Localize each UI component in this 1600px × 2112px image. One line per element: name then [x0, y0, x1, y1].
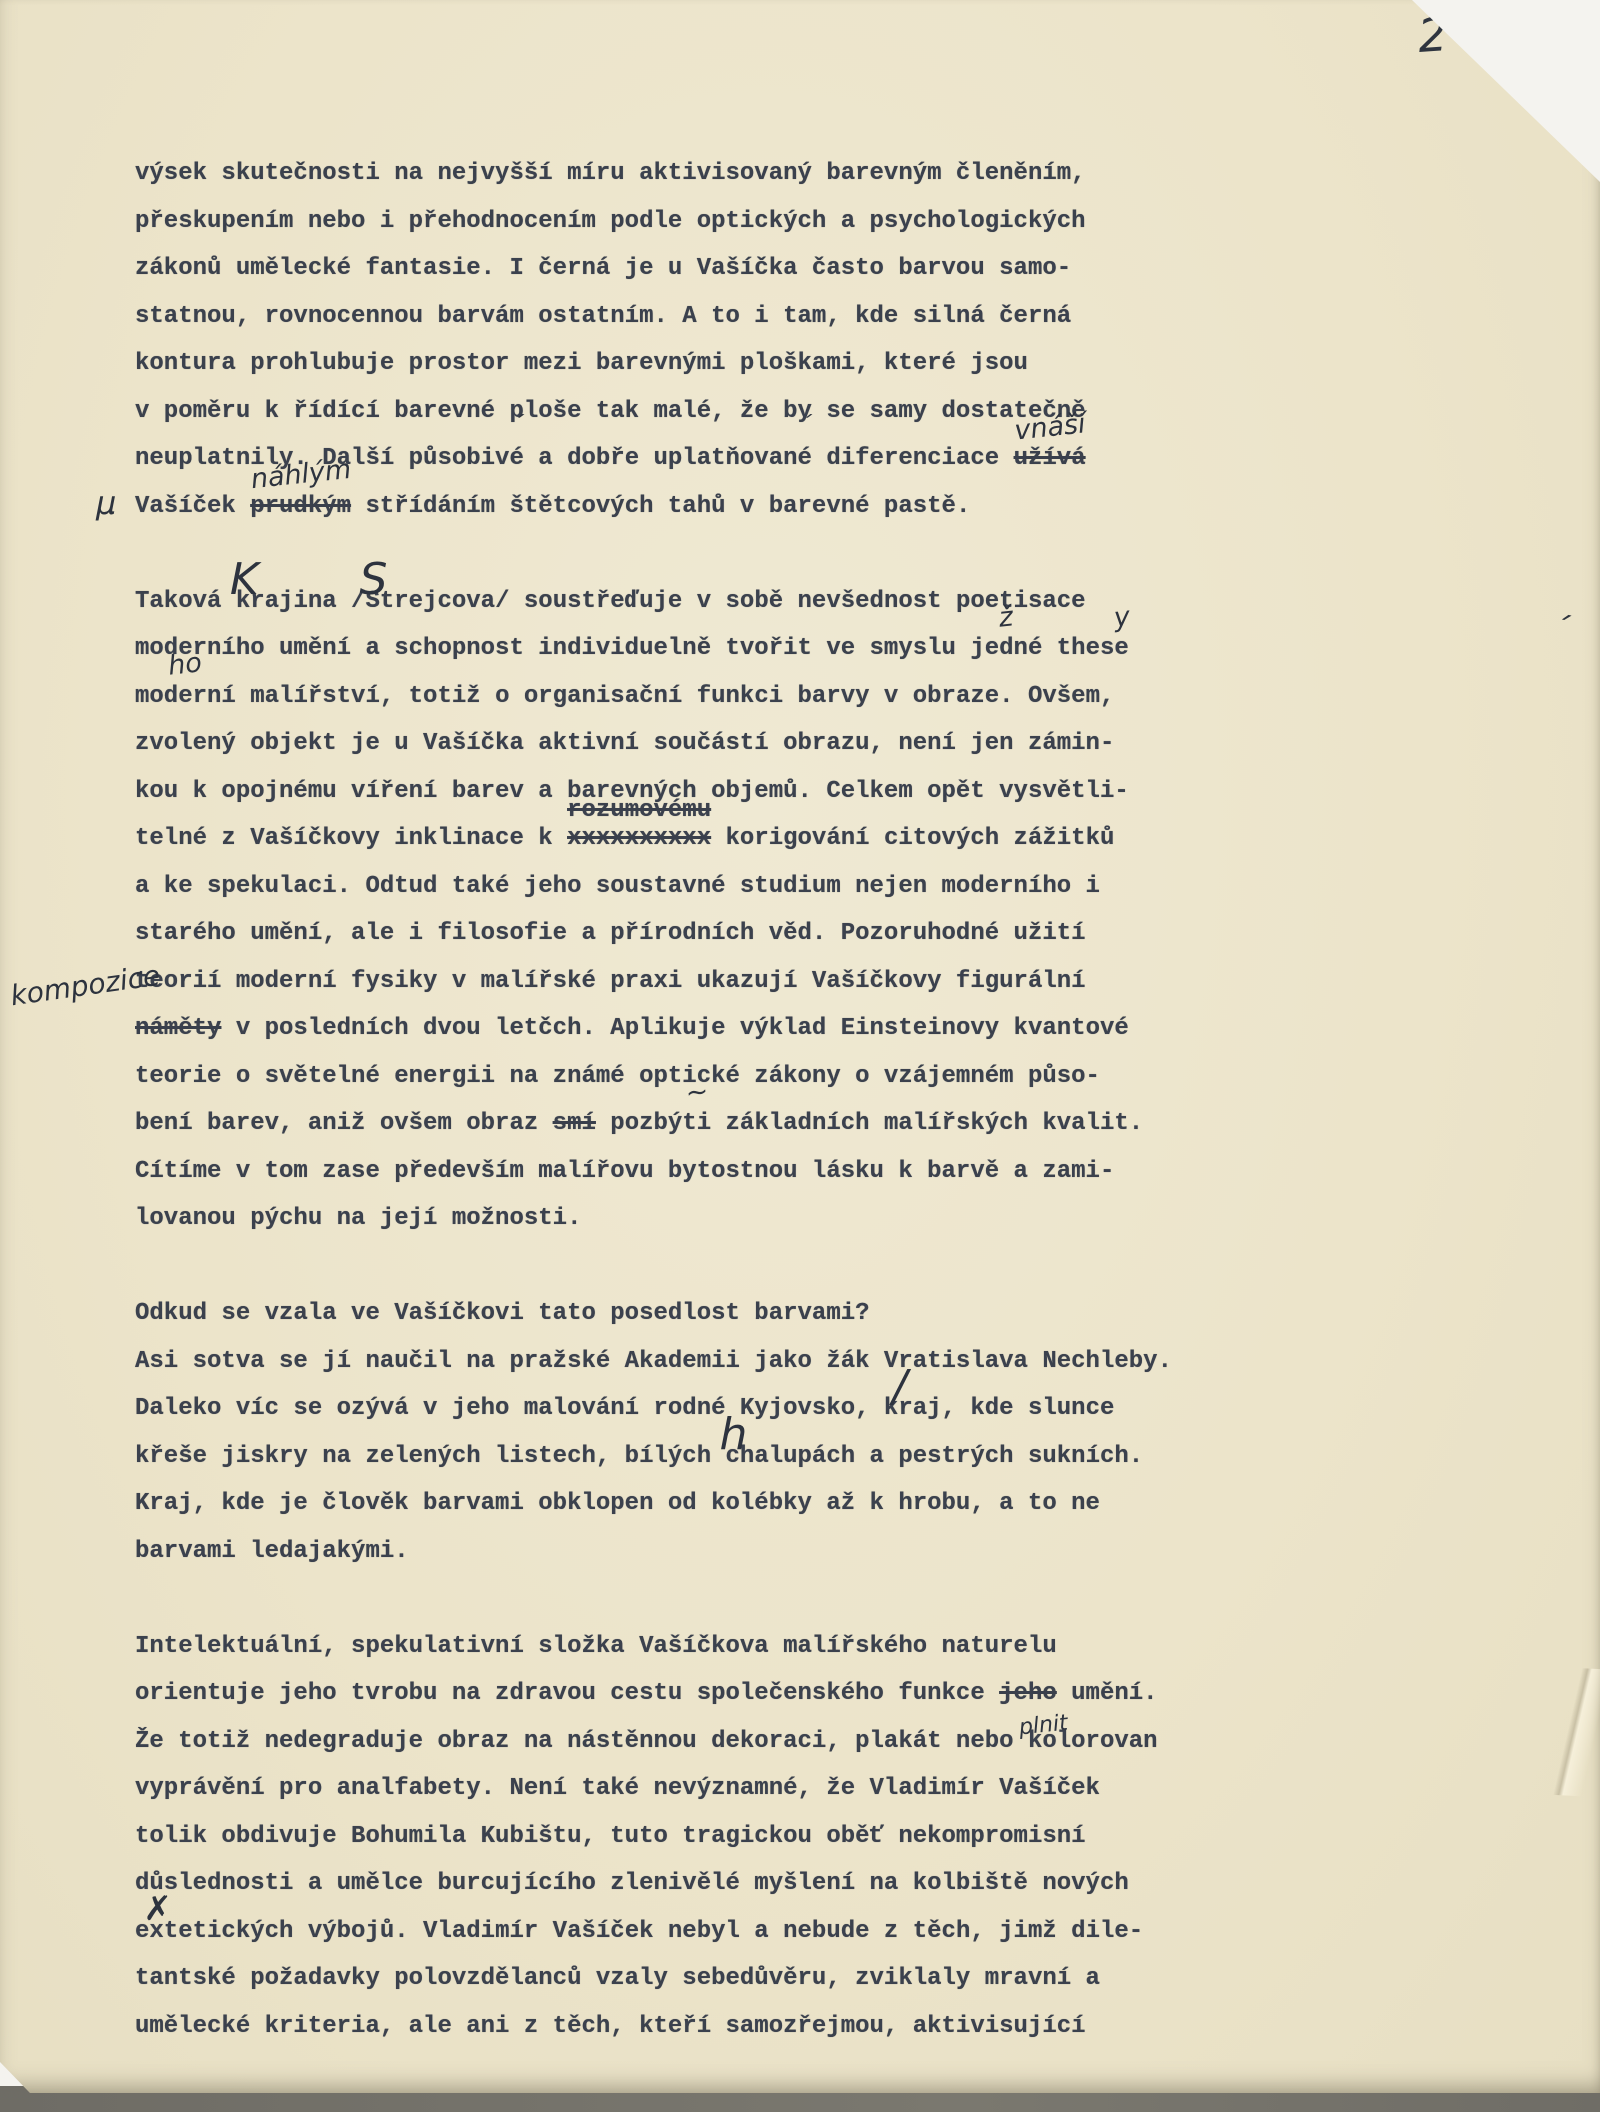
struck-text: náměty [135, 1005, 221, 1053]
typed-line: důslednosti a umělce burcujícího zlenivě… [135, 1860, 1172, 1908]
typed-line: teorií moderní fysiky v malířské praxi u… [135, 958, 1172, 1006]
typed-line: vyprávění pro analfabety. Není také nevý… [135, 1765, 1172, 1813]
typed-line: barvami ledajakými. [135, 1528, 1172, 1576]
typed-text: teorií moderní fysiky v malířské praxi u… [135, 958, 1086, 1006]
typed-text: trejcova/ soustřeďuje v sobě nevšednost … [380, 578, 1086, 626]
typed-line: a ke spekulaci. Odtud také jeho soustavn… [135, 863, 1172, 911]
typed-line: Intelektuální, spekulativní složka Vašíč… [135, 1623, 1172, 1671]
typed-line: moderního umění a schopnost individuelně… [135, 625, 1172, 673]
typed-text: rajina / [250, 578, 365, 626]
typed-text: vyprávění pro analfabety. Není také nevý… [135, 1765, 1100, 1813]
typed-text: diferenciace [812, 435, 1014, 483]
typed-text: přeskupením nebo i přehodnocením podle o… [135, 198, 1086, 246]
paragraph: Taková kKrajina /SStrejcova/ soustřeďuje… [135, 578, 1172, 1243]
typed-line: lovanou pýchu na její možnosti. [135, 1195, 1172, 1243]
typed-text: ey [1114, 625, 1128, 673]
typed-text: x✗ [149, 1908, 163, 1956]
typed-line: umělecké kriteria, ale ani z těch, kteří… [135, 2003, 1172, 2051]
typed-line: zákonů umělecké fantasie. I černá je u V… [135, 245, 1172, 293]
typed-text: Vašíček [135, 483, 250, 531]
typed-text: teorie o světelné energii na známé optic… [135, 1053, 1100, 1101]
typed-text: výsek skutečnosti na nejvyšší míru aktiv… [135, 150, 1086, 198]
typed-text: telné z Vašíčkovy inklinace k [135, 815, 567, 863]
insert-paragraph-mark: μ [96, 487, 116, 519]
typed-text: éˊ [509, 435, 523, 483]
typed-text: pozbý [596, 1100, 682, 1148]
struck-text: prudkýmnáhlým [250, 483, 351, 531]
typed-text: éˊ [798, 435, 812, 483]
typed-text: kK [236, 578, 250, 626]
typed-line: přeskupením nebo i přehodnocením podle o… [135, 198, 1172, 246]
typed-text: tantské požadavky polovzdělanců vzaly se… [135, 1955, 1100, 2003]
paper-sheet: 2 výsek skutečnosti na nejvyšší míru akt… [0, 0, 1600, 2093]
typed-line: Taková kKrajina /SStrejcova/ soustřeďuje… [135, 578, 1172, 626]
handwritten-annotation: náhlým [248, 446, 353, 504]
typed-text: lovanou pýchu na její možnosti. [135, 1195, 581, 1243]
typed-text: korigování citových zážitků [711, 815, 1114, 863]
typed-line: tantské požadavky polovzdělanců vzaly se… [135, 1955, 1172, 2003]
typed-line: Cítíme v tom zase především malířovu byt… [135, 1148, 1172, 1196]
typed-text: umělecké kriteria, ale ani z těch, kteří… [135, 2003, 1086, 2051]
typed-line: zvolený objekt je u Vašíčka aktivní souč… [135, 720, 1172, 768]
typed-text: bení barev, aniž ovšem obraz [135, 1100, 553, 1148]
typed-line: výsek skutečnosti na nejvyšší míru aktiv… [135, 150, 1172, 198]
struck-text: užívávnáší [1014, 435, 1086, 483]
typed-text: alupách a pestrých sukních. [754, 1433, 1143, 1481]
typed-text: moderního umění a schopnost individuelně… [135, 625, 970, 673]
typed-text: Asi sotva se jí naučil na pražské Akadem… [135, 1338, 1172, 1386]
typed-line: Že totiž nedegraduje obraz na nástěnnou … [135, 1718, 1172, 1766]
struck-text: xxxxxxxxxxrozumovému [567, 815, 711, 863]
typed-line: bení barev, aniž ovšem obraz smí pozbýti… [135, 1100, 1172, 1148]
typed-text: tetických výbojů. Vladimír Vašíček nebyl… [164, 1908, 1143, 1956]
typed-text: statnou, rovnocennou barvám ostatním. A … [135, 293, 1071, 341]
typed-text: kontura prohlubuje prostor mezi barevným… [135, 340, 1028, 388]
typed-line: Asi sotva se jí naučil na pražské Akadem… [135, 1338, 1172, 1386]
scanned-document: 2 výsek skutečnosti na nejvyšší míru akt… [0, 0, 1600, 2112]
typed-text: r/ [898, 1385, 912, 1433]
typed-text: a dobře uplatňovan [524, 435, 798, 483]
typed-line: starého umění, ale i filosofie a přírodn… [135, 910, 1172, 958]
typed-text: v poměru k řídící barevné ploše tak malé… [135, 388, 1086, 436]
typed-line: teorie o světelné energii na známé optic… [135, 1053, 1172, 1101]
typed-line: orientuje jeho tvrobu na zdravou cestu s… [135, 1670, 1172, 1718]
typed-line: Daleko víc se ozývá v jeho malování rodn… [135, 1385, 1172, 1433]
typed-text: důslednosti a umělce burcujícího zlenivě… [135, 1860, 1129, 1908]
typed-text: aj, kde slunce [913, 1385, 1115, 1433]
typed-text: křeše jiskry na zelených listech, bílých [135, 1433, 726, 1481]
typed-line: kontura prohlubuje prostor mezi barevným… [135, 340, 1172, 388]
typed-text: malířství, totiž o organisační funkci ba… [236, 673, 1115, 721]
stray-accent-mark: ˊ [1549, 611, 1571, 646]
paragraph: Odkud se vzala ve Vašíčkovi tato posedlo… [135, 1290, 1172, 1575]
typed-text: chh [726, 1433, 755, 1481]
typed-text: Že totiž nedegraduje obraz na nástěnnou … [135, 1718, 1158, 1766]
typed-text: starého umění, ale i filosofie a přírodn… [135, 910, 1086, 958]
typed-text: Kraj, kde je člověk barvami obklopen od … [135, 1480, 1100, 1528]
typed-line: Vašíček prudkýmnáhlým střídáním štětcový… [135, 483, 1172, 531]
typed-text: Cítíme v tom zase především malířovu byt… [135, 1148, 1114, 1196]
handwritten-annotation: h [720, 1413, 748, 1457]
typed-text: thes [1042, 625, 1114, 673]
typed-line: náměty v posledních dvou letčch. Aplikuj… [135, 1005, 1172, 1053]
handwritten-annotation: vnáší [1012, 400, 1088, 455]
typed-text: tolik obdivuje Bohumila Kubištu, tuto tr… [135, 1813, 1086, 1861]
typed-line: telné z Vašíčkovy inklinace k xxxxxxxxxx… [135, 815, 1172, 863]
typed-line: Kraj, kde je člověk barvami obklopen od … [135, 1480, 1172, 1528]
typed-text: Odkud se vzala ve Vašíčkovi tato posedlo… [135, 1290, 870, 1338]
typed-text: Daleko víc se ozývá v jeho malování rodn… [135, 1385, 898, 1433]
typed-text: a ke spekulaci. Odtud také jeho soustavn… [135, 863, 1100, 911]
typed-text: Taková [135, 578, 236, 626]
typed-text: Intelektuální, spekulativní složka Vašíč… [135, 1623, 1057, 1671]
typed-text: základních malířských kvalit. [711, 1100, 1143, 1148]
typed-text: jednéž [970, 625, 1042, 673]
page-number: 2 [1416, 7, 1449, 63]
typed-text: SS [365, 578, 379, 626]
torn-edge [1549, 1667, 1600, 1797]
typed-correction: rozumovému [567, 787, 711, 835]
typed-text: ti~ [682, 1100, 711, 1148]
typed-text: v posledních dvou letčch. Aplikuje výkla… [221, 1005, 1128, 1053]
typed-line: ex✗tetických výbojů. Vladimír Vašíček ne… [135, 1908, 1172, 1956]
typed-line: statnou, rovnocennou barvám ostatním. A … [135, 293, 1172, 341]
handwritten-annotation: ~ [683, 1068, 710, 1118]
struck-text: jehoplnit [999, 1670, 1057, 1718]
typed-text: barvami ledajakými. [135, 1528, 409, 1576]
handwritten-annotation: ho [166, 640, 204, 691]
typed-text: umění. [1057, 1670, 1158, 1718]
typed-text: střídáním štětcových tahů v barevné past… [351, 483, 970, 531]
struck-text: smí [553, 1100, 596, 1148]
typed-line: moderního malířství, totiž o organisační… [135, 673, 1172, 721]
typed-line: křeše jiskry na zelených listech, bílých… [135, 1433, 1172, 1481]
typed-text: moderního [135, 673, 236, 721]
paragraph: výsek skutečnosti na nejvyšší míru aktiv… [135, 150, 1172, 530]
typed-line: tolik obdivuje Bohumila Kubištu, tuto tr… [135, 1813, 1172, 1861]
typed-text: zákonů umělecké fantasie. I černá je u V… [135, 245, 1071, 293]
typed-text: zvolený objekt je u Vašíčka aktivní souč… [135, 720, 1114, 768]
handwritten-annotation: / [892, 1365, 907, 1409]
typescript-text: výsek skutečnosti na nejvyšší míru aktiv… [135, 150, 1172, 2098]
paragraph: Intelektuální, spekulativní složka Vašíč… [135, 1623, 1172, 2051]
typed-text: orientuje jeho tvrobu na zdravou cestu s… [135, 1670, 999, 1718]
typed-line: Odkud se vzala ve Vašíčkovi tato posedlo… [135, 1290, 1172, 1338]
